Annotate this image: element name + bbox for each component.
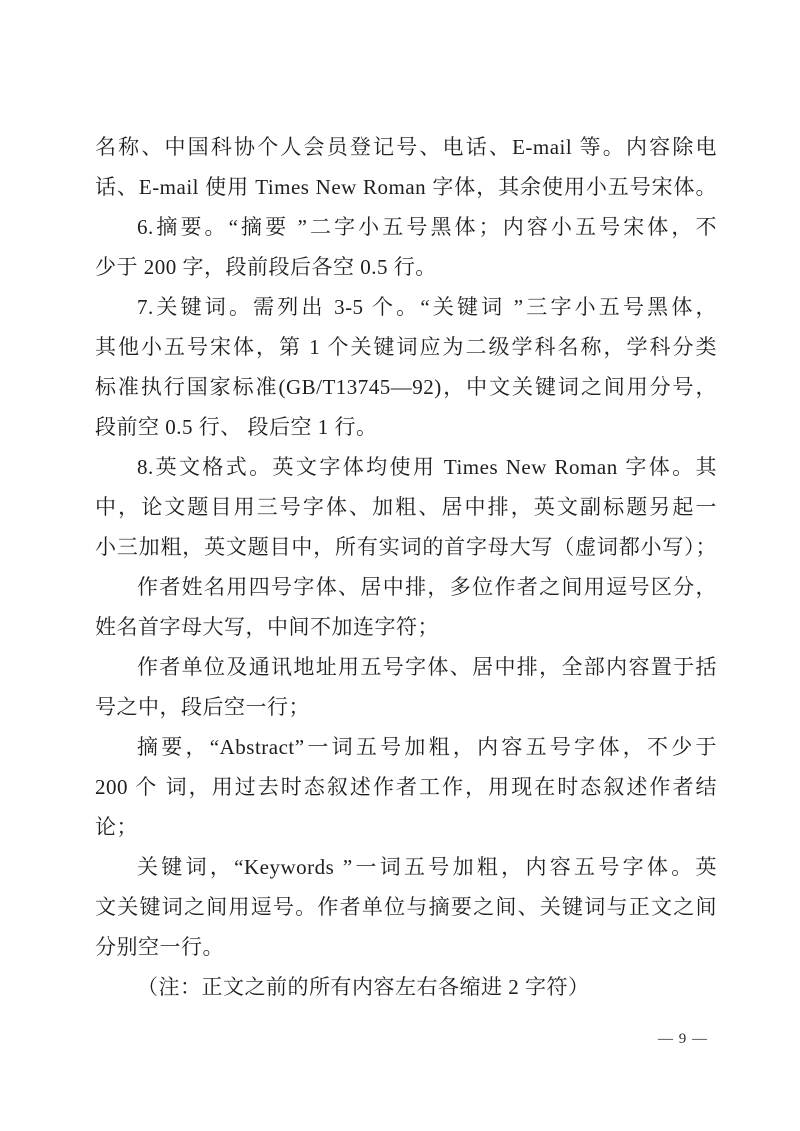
text-line: 文关键词之间用逗号。作者单位与摘要之间、关键词与正文之间	[95, 887, 717, 927]
text-line: 小三加粗，英文题目中，所有实词的首字母大写（虚词都小写）；	[95, 527, 717, 567]
text-line: 论；	[95, 807, 717, 847]
text-line: 分别空一行。	[95, 927, 717, 967]
text-line: 6.摘要。“摘要 ”二字小五号黑体；内容小五号宋体，不	[95, 207, 717, 247]
text-line: 其他小五号宋体，第 1 个关键词应为二级学科名称，学科分类	[95, 327, 717, 367]
text-block: 名称、中国科协个人会员登记号、电话、E-mail 等。内容除电话、E-mail …	[95, 127, 717, 1007]
text-line: 名称、中国科协个人会员登记号、电话、E-mail 等。内容除电	[95, 127, 717, 167]
text-line: 摘要，“Abstract”一词五号加粗，内容五号字体，不少于	[95, 727, 717, 767]
page-number: — 9 —	[638, 1028, 728, 1050]
text-line: 作者姓名用四号字体、居中排，多位作者之间用逗号区分，	[95, 567, 717, 607]
text-line: 标准执行国家标准(GB/T13745—92)，中文关键词之间用分号，	[95, 367, 717, 407]
text-line: 关键词，“Keywords ”一词五号加粗，内容五号字体。英	[95, 847, 717, 887]
text-line: 姓名首字母大写，中间不加连字符；	[95, 607, 717, 647]
text-line: 段前空 0.5 行、 段后空 1 行。	[95, 407, 717, 447]
text-line: 7.关键词。需列出 3-5 个。“关键词 ”三字小五号黑体，	[95, 287, 717, 327]
text-line: 200 个 词，用过去时态叙述作者工作，用现在时态叙述作者结	[95, 767, 717, 807]
text-line: 话、E-mail 使用 Times New Roman 字体，其余使用小五号宋体…	[95, 167, 717, 207]
text-line: 中，论文题目用三号字体、加粗、居中排，英文副标题另起一行，	[95, 487, 717, 527]
text-line: 8.英文格式。英文字体均使用 Times New Roman 字体。其	[95, 447, 717, 487]
text-line: 少于 200 字，段前段后各空 0.5 行。	[95, 247, 717, 287]
document-page: 名称、中国科协个人会员登记号、电话、E-mail 等。内容除电话、E-mail …	[0, 0, 800, 1131]
text-line: 号之中，段后空一行；	[95, 687, 717, 727]
text-line: 作者单位及通讯地址用五号字体、居中排，全部内容置于括	[95, 647, 717, 687]
text-line: （注：正文之前的所有内容左右各缩进 2 字符）	[95, 967, 717, 1007]
